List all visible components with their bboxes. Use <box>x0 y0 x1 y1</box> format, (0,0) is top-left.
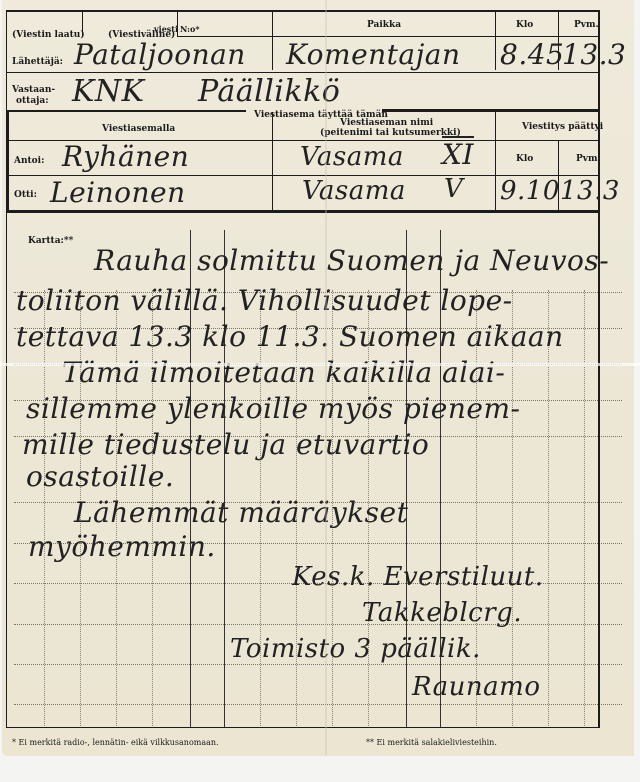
station-column-label: Viestiasemalla <box>102 124 175 134</box>
sender-label: Lähettäjä: <box>12 57 63 67</box>
signature-name-2: Raunamo <box>412 672 540 702</box>
message-line: toliiton välillä. Vihollisuudet lope- <box>16 284 513 317</box>
received-date: 13.3 <box>560 176 620 206</box>
message-line: myöhemmin. <box>28 530 216 563</box>
recipient-label-line1: Vastaan- <box>12 85 55 95</box>
place-label: Paikka <box>367 20 401 30</box>
ended-date-label: Pvm. <box>576 154 601 164</box>
message-line: Rauha solmittu Suomen ja Neuvos- <box>94 244 609 277</box>
message-line: mille tiedustelu ja etuvartio <box>22 428 429 461</box>
map-label: Kartta:** <box>28 236 73 246</box>
message-line: Tämä ilmoitetaan kaikilla alai- <box>62 356 505 389</box>
sender-date: 13.3 <box>562 38 626 71</box>
message-line: osastoille. <box>26 460 174 493</box>
message-form: (Viestin laatu) (Viestiväline) viesti N:… <box>2 0 634 756</box>
gave-code: XI <box>442 138 474 171</box>
sender-value: Pataljoonan <box>74 38 246 71</box>
time-label: Klo <box>516 20 533 30</box>
signature-title: Kes.k. Everstiluut. <box>292 562 544 592</box>
paper-fold-vertical <box>325 0 327 756</box>
number-label: N:o* <box>180 24 200 34</box>
received-label: Otti: <box>14 190 37 200</box>
footnote-left: * Ei merkitä radio-, lennätin- eikä vilk… <box>12 738 219 747</box>
paper-fold-horizontal <box>0 363 640 366</box>
received-station: Vasama <box>302 176 406 206</box>
received-code: V <box>444 174 463 204</box>
message-line: Lähemmät määräykset <box>74 496 408 529</box>
received-time: 9.10 <box>500 176 560 206</box>
recipient-value: KNK <box>72 74 145 109</box>
message-label: viesti <box>154 24 178 34</box>
signature-name: Takkeblcrg. <box>362 598 522 628</box>
signature-office: Toimisto 3 päällik. <box>230 634 481 664</box>
message-line: tettava 13.3 klo 11.3. Suomen aikaan <box>16 320 564 353</box>
recipient-label-line2: ottaja: <box>16 96 49 106</box>
gave-label: Antoi: <box>14 156 44 166</box>
sender-place: Komentajan <box>286 38 461 71</box>
station-name-column-line2: (peitenimi tai kutsumerkki) <box>320 128 461 138</box>
date-label: Pvm. <box>574 20 599 30</box>
sender-time: 8.45 <box>500 38 564 71</box>
gave-station: Vasama <box>300 142 404 172</box>
recipient-value2: Päällikkö <box>198 74 340 109</box>
gave-person: Ryhänen <box>62 140 189 173</box>
received-person: Leinonen <box>50 176 186 209</box>
ended-column-label: Viestitys päättyi <box>522 122 603 132</box>
station-name-column-line1: Viestiaseman nimi <box>340 118 433 128</box>
message-line: sillemme ylenkoille myös pienem- <box>26 392 520 425</box>
ended-time-label: Klo <box>516 154 533 164</box>
footnote-right: ** Ei merkitä salakieliviesteihin. <box>366 738 497 747</box>
